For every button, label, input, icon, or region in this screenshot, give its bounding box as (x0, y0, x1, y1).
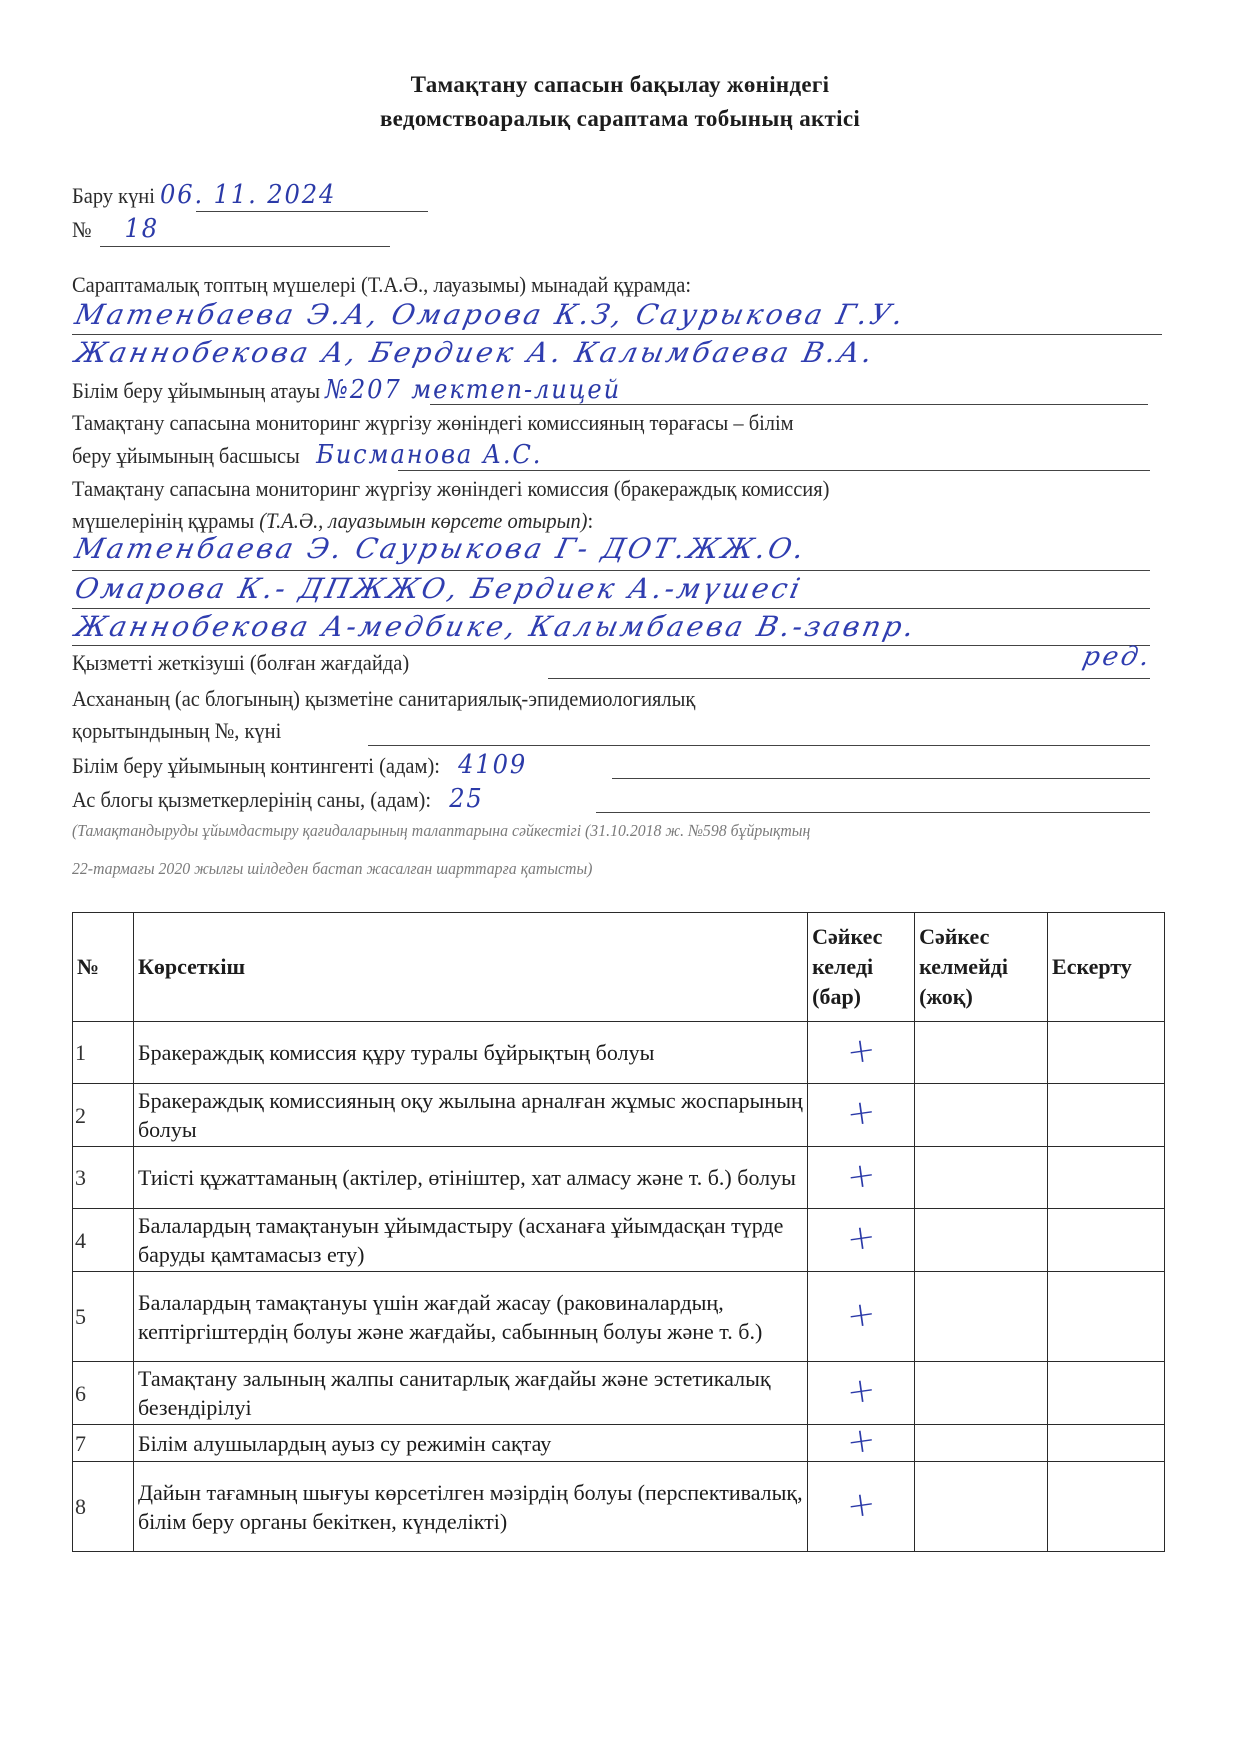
sanitary-underline[interactable] (368, 745, 1150, 746)
title-line-1: Тамақтану сапасын бақылау жөніндегі (0, 68, 1240, 102)
org-name-underline (430, 404, 1148, 405)
row-indicator: Балалардың тамақтануын ұйымдастыру (асха… (133, 1209, 807, 1272)
header-compliant-line-1: Сәйкес (812, 922, 910, 952)
chair-label-line-1: Тамақтану сапасына мониторинг жүргізу жө… (72, 408, 794, 438)
row-noncompliant-mark[interactable] (915, 1462, 1048, 1552)
chair-underline (398, 470, 1150, 471)
table-row: 6Тамақтану залының жалпы санитарлық жағд… (73, 1362, 1165, 1425)
check-mark-icon: + (845, 1375, 877, 1408)
header-compliant-line-2: келеді (812, 952, 910, 982)
row-noncompliant-mark[interactable] (915, 1272, 1048, 1362)
number-value[interactable]: 18 (125, 214, 159, 244)
row-remark[interactable] (1048, 1362, 1165, 1425)
visit-date-value[interactable]: 06. 11. 2024 (160, 180, 336, 210)
commission-label-italic: (Т.А.Ә., лауазымын көрсете отырып) (259, 508, 587, 533)
row-number: 2 (73, 1084, 134, 1147)
header-noncompliant-line-3: (жоқ) (919, 982, 1043, 1012)
row-remark[interactable] (1048, 1272, 1165, 1362)
row-remark[interactable] (1048, 1462, 1165, 1552)
check-mark-icon: + (845, 1097, 877, 1130)
contingent-underline (612, 778, 1150, 779)
note-line-1: (Тамақтандыруды ұйымдастыру қағидаларыны… (72, 820, 810, 842)
header-num: № (73, 913, 134, 1022)
indicators-table: № Көрсеткіш Сәйкес келеді (бар) Сәйкес к… (72, 912, 1165, 1552)
commission-label-end: : (587, 508, 593, 533)
sanitary-label-line-1: Асхананың (ас блогының) қызметіне санита… (72, 684, 695, 714)
row-number: 5 (73, 1272, 134, 1362)
row-noncompliant-mark[interactable] (915, 1362, 1048, 1425)
row-compliant-mark[interactable]: + (808, 1425, 915, 1462)
check-mark-icon: + (845, 1035, 877, 1068)
row-number: 6 (73, 1362, 134, 1425)
row-noncompliant-mark[interactable] (915, 1425, 1048, 1462)
expert-group-label: Сараптамалық топтың мүшелері (Т.А.Ә., ла… (72, 270, 691, 300)
row-remark[interactable] (1048, 1147, 1165, 1209)
table-header-row: № Көрсеткіш Сәйкес келеді (бар) Сәйкес к… (73, 913, 1165, 1022)
check-mark-icon: + (845, 1222, 877, 1255)
row-remark[interactable] (1048, 1022, 1165, 1084)
commission-line-1[interactable]: Матенбаева Э. Саурыкова Г- ДОТ.ЖЖ.О. (72, 532, 810, 565)
header-compliant-line-3: (бар) (812, 982, 910, 1012)
commission-underline-3 (72, 645, 1150, 646)
row-noncompliant-mark[interactable] (915, 1084, 1048, 1147)
row-remark[interactable] (1048, 1084, 1165, 1147)
visit-date-label: Бару күні (72, 183, 155, 208)
expert-group-line-2[interactable]: Жаннобекова А, Бердиек А. Калымбаева В.А… (72, 336, 878, 369)
header-compliant: Сәйкес келеді (бар) (808, 913, 915, 1022)
staff-label: Ас блогы қызметкерлерінің саны, (адам): (72, 787, 431, 812)
row-remark[interactable] (1048, 1209, 1165, 1272)
header-noncompliant-line-1: Сәйкес (919, 922, 1043, 952)
row-number: 8 (73, 1462, 134, 1552)
row-indicator: Бракераждық комиссия құру туралы бұйрықт… (133, 1022, 807, 1084)
header-indicator: Көрсеткіш (133, 913, 807, 1022)
commission-line-2[interactable]: Омарова К.- ДПЖЖО, Бердиек А.-мүшесі (72, 572, 806, 605)
number-row: № 18 (72, 214, 159, 245)
check-mark-icon: + (845, 1425, 877, 1458)
supplier-underline[interactable] (548, 678, 1150, 679)
table-row: 4Балалардың тамақтануын ұйымдастыру (асх… (73, 1209, 1165, 1272)
number-underline (100, 246, 390, 247)
row-indicator: Тиісті құжаттаманың (актілер, өтініштер,… (133, 1147, 807, 1209)
chair-row: беру ұйымының басшысы Бисманова А.С. (72, 440, 542, 471)
contingent-value[interactable]: 4109 (458, 750, 527, 780)
row-compliant-mark[interactable]: + (808, 1147, 915, 1209)
row-number: 1 (73, 1022, 134, 1084)
row-indicator: Балалардың тамақтануы үшін жағдай жасау … (133, 1272, 807, 1362)
row-compliant-mark[interactable]: + (808, 1022, 915, 1084)
table-row: 8Дайын тағамның шығуы көрсетілген мәзірд… (73, 1462, 1165, 1552)
org-name-label: Білім беру ұйымының атауы (72, 378, 320, 403)
header-remark: Ескерту (1048, 913, 1165, 1022)
commission-label-plain: мүшелерінің құрамы (72, 508, 259, 533)
org-name-row: Білім беру ұйымының атауы №207 мектеп-ли… (72, 375, 621, 406)
table-row: 2Бракераждық комиссияның оқу жылына арна… (73, 1084, 1165, 1147)
commission-underline-2 (72, 608, 1150, 609)
row-compliant-mark[interactable]: + (808, 1272, 915, 1362)
title-line-2: ведомствоаралық сараптама тобының актісі (0, 102, 1240, 136)
note-line-2: 22-тармағы 2020 жылғы шілдеден бастап жа… (72, 858, 592, 880)
staff-underline (596, 812, 1150, 813)
check-mark-icon: + (845, 1489, 877, 1522)
supplier-label: Қызметті жеткізуші (болған жағдайда) (72, 648, 409, 678)
row-compliant-mark[interactable]: + (808, 1084, 915, 1147)
check-mark-icon: + (845, 1299, 877, 1332)
contingent-label: Білім беру ұйымының контингенті (адам): (72, 753, 440, 778)
table-row: 5Балалардың тамақтануы үшін жағдай жасау… (73, 1272, 1165, 1362)
expert-group-underline-1 (72, 334, 1162, 335)
row-compliant-mark[interactable]: + (808, 1462, 915, 1552)
header-noncompliant: Сәйкес келмейді (жоқ) (915, 913, 1048, 1022)
staff-value[interactable]: 25 (449, 784, 483, 814)
commission-line-3-tail: ред. (1080, 642, 1155, 672)
row-indicator: Бракераждық комиссияның оқу жылына арнал… (133, 1084, 807, 1147)
commission-line-3[interactable]: Жаннобекова А-медбике, Калымбаева В.-зав… (72, 610, 920, 643)
contingent-row: Білім беру ұйымының контингенті (адам): … (72, 750, 527, 781)
visit-date-row: Бару күні 06. 11. 2024 (72, 180, 336, 211)
visit-date-underline (196, 211, 428, 212)
row-number: 7 (73, 1425, 134, 1462)
row-noncompliant-mark[interactable] (915, 1147, 1048, 1209)
staff-row: Ас блогы қызметкерлерінің саны, (адам): … (72, 784, 484, 815)
row-compliant-mark[interactable]: + (808, 1362, 915, 1425)
check-mark-icon: + (845, 1160, 877, 1193)
table-row: 3Тиісті құжаттаманың (актілер, өтініштер… (73, 1147, 1165, 1209)
commission-label-line-1: Тамақтану сапасына мониторинг жүргізу жө… (72, 474, 829, 504)
row-remark[interactable] (1048, 1425, 1165, 1462)
chair-value[interactable]: Бисманова А.С. (316, 440, 542, 470)
row-indicator: Тамақтану залының жалпы санитарлық жағда… (133, 1362, 807, 1425)
table-row: 7Білім алушылардың ауыз су режимін сақта… (73, 1425, 1165, 1462)
row-number: 3 (73, 1147, 134, 1209)
sanitary-label-line-2: қорытындының №, күні (72, 716, 281, 746)
row-indicator: Білім алушылардың ауыз су режимін сақтау (133, 1425, 807, 1462)
row-compliant-mark[interactable]: + (808, 1209, 915, 1272)
org-name-value[interactable]: №207 мектеп-лицей (325, 375, 621, 405)
row-noncompliant-mark[interactable] (915, 1022, 1048, 1084)
expert-group-line-1[interactable]: Матенбаева Э.А, Омарова К.З, Саурыкова Г… (72, 298, 909, 331)
row-indicator: Дайын тағамның шығуы көрсетілген мәзірді… (133, 1462, 807, 1552)
table-row: 1Бракераждық комиссия құру туралы бұйрық… (73, 1022, 1165, 1084)
row-number: 4 (73, 1209, 134, 1272)
chair-label-line-2: беру ұйымының басшысы (72, 443, 300, 468)
document-title: Тамақтану сапасын бақылау жөніндегі ведо… (0, 68, 1240, 136)
number-label: № (72, 217, 92, 242)
header-noncompliant-line-2: келмейді (919, 952, 1043, 982)
commission-underline-1 (72, 570, 1150, 571)
row-noncompliant-mark[interactable] (915, 1209, 1048, 1272)
